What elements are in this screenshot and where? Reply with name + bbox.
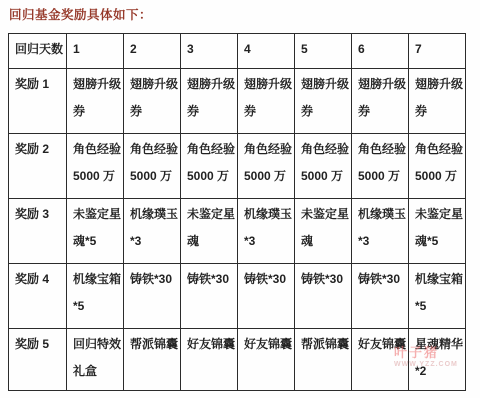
reward-cell: 翅膀升级券 bbox=[238, 69, 295, 134]
reward-row-3: 奖励 3 未鉴定星魂*5 机缘璞玉*3 未鉴定星魂 机缘璞玉*3 未鉴定星魂 机… bbox=[9, 199, 466, 264]
reward-cell: 未鉴定星魂 bbox=[181, 199, 238, 264]
reward-cell: 未鉴定星魂 bbox=[295, 199, 352, 264]
reward-cell: 回归特效礼盒 bbox=[67, 329, 124, 391]
day-cell: 1 bbox=[67, 34, 124, 69]
reward-cell: 铸铁*30 bbox=[181, 264, 238, 329]
reward-cell: 机缘璞玉*3 bbox=[352, 199, 409, 264]
article-page: 回归基金奖励具体如下： 回归天数 1 2 3 4 5 6 7 奖励 1 翅膀升级… bbox=[0, 0, 480, 398]
reward-cell: 机缘宝箱*5 bbox=[409, 264, 466, 329]
reward-row-2: 奖励 2 角色经验 5000 万 角色经验 5000 万 角色经验 5000 万… bbox=[9, 134, 466, 199]
day-cell: 2 bbox=[124, 34, 181, 69]
reward-cell: 翅膀升级券 bbox=[181, 69, 238, 134]
reward-cell: 好友锦囊 bbox=[181, 329, 238, 391]
reward-cell: 好友锦囊 bbox=[238, 329, 295, 391]
day-cell: 4 bbox=[238, 34, 295, 69]
reward-cell: 铸铁*30 bbox=[352, 264, 409, 329]
reward-cell: 机缘宝箱*5 bbox=[67, 264, 124, 329]
reward-cell: 翅膀升级券 bbox=[67, 69, 124, 134]
reward-cell: 翅膀升级券 bbox=[124, 69, 181, 134]
day-cell: 3 bbox=[181, 34, 238, 69]
page-title: 回归基金奖励具体如下： bbox=[9, 5, 152, 23]
reward-cell: 铸铁*30 bbox=[295, 264, 352, 329]
reward-cell: 机缘璞玉*3 bbox=[238, 199, 295, 264]
reward-cell: 翅膀升级券 bbox=[352, 69, 409, 134]
reward-cell: 角色经验 5000 万 bbox=[124, 134, 181, 199]
row-label: 奖励 2 bbox=[9, 134, 67, 199]
header-label: 回归天数 bbox=[9, 34, 67, 69]
reward-cell: 好友锦囊 bbox=[352, 329, 409, 391]
reward-cell: 角色经验 5000 万 bbox=[181, 134, 238, 199]
day-cell: 7 bbox=[409, 34, 466, 69]
reward-cell: 翅膀升级券 bbox=[295, 69, 352, 134]
reward-cell: 帮派锦囊 bbox=[295, 329, 352, 391]
reward-cell: 铸铁*30 bbox=[124, 264, 181, 329]
reward-cell: 角色经验 5000 万 bbox=[409, 134, 466, 199]
reward-cell: 帮派锦囊 bbox=[124, 329, 181, 391]
row-label: 奖励 5 bbox=[9, 329, 67, 391]
reward-cell: 角色经验 5000 万 bbox=[67, 134, 124, 199]
reward-cell: 星魂精华*2 bbox=[409, 329, 466, 391]
day-cell: 5 bbox=[295, 34, 352, 69]
reward-cell: 机缘璞玉*3 bbox=[124, 199, 181, 264]
reward-cell: 翅膀升级券 bbox=[409, 69, 466, 134]
rewards-table: 回归天数 1 2 3 4 5 6 7 奖励 1 翅膀升级券 翅膀升级券 翅膀升级… bbox=[8, 33, 466, 391]
reward-row-1: 奖励 1 翅膀升级券 翅膀升级券 翅膀升级券 翅膀升级券 翅膀升级券 翅膀升级券… bbox=[9, 69, 466, 134]
reward-cell: 角色经验 5000 万 bbox=[238, 134, 295, 199]
reward-cell: 角色经验 5000 万 bbox=[295, 134, 352, 199]
reward-cell: 铸铁*30 bbox=[238, 264, 295, 329]
row-label: 奖励 3 bbox=[9, 199, 67, 264]
row-label: 奖励 1 bbox=[9, 69, 67, 134]
reward-row-4: 奖励 4 机缘宝箱*5 铸铁*30 铸铁*30 铸铁*30 铸铁*30 铸铁*3… bbox=[9, 264, 466, 329]
reward-cell: 未鉴定星魂*5 bbox=[409, 199, 466, 264]
header-row: 回归天数 1 2 3 4 5 6 7 bbox=[9, 34, 466, 69]
reward-cell: 未鉴定星魂*5 bbox=[67, 199, 124, 264]
reward-cell: 角色经验 5000 万 bbox=[352, 134, 409, 199]
row-label: 奖励 4 bbox=[9, 264, 67, 329]
reward-row-5: 奖励 5 回归特效礼盒 帮派锦囊 好友锦囊 好友锦囊 帮派锦囊 好友锦囊 星魂精… bbox=[9, 329, 466, 391]
day-cell: 6 bbox=[352, 34, 409, 69]
